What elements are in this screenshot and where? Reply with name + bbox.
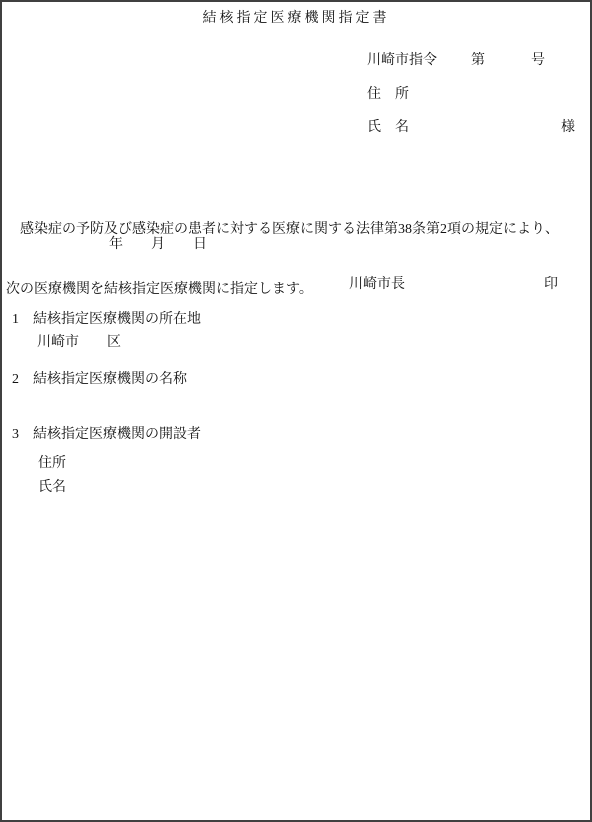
item-2-label: 結核指定医療機関の名称 [33, 372, 187, 388]
certificate-page: 結核指定医療機関指定書 川崎市指令 第 号 住 所 氏 名 様 感染症の予防及び… [0, 0, 592, 822]
item-3-number: 3 [12, 427, 19, 443]
document-title: 結核指定医療機関指定書 [2, 11, 590, 27]
item-3-label: 結核指定医療機関の開設者 [33, 427, 201, 443]
item-3-name-label: 氏名 [38, 480, 66, 496]
recipient-name-label: 氏 名 [367, 120, 409, 136]
item-3-address-label: 住所 [38, 456, 66, 472]
directive-number-go: 号 [531, 53, 545, 69]
item-1-number: 1 [12, 312, 19, 328]
directive-number-prefix: 川崎市指令 [367, 53, 437, 69]
seal-placeholder: 印 [544, 277, 558, 293]
body-line-1: 感染症の予防及び感染症の患者に対する医療に関する法律第38条第2項の規定により、 [6, 220, 586, 240]
recipient-address-label: 住 所 [367, 87, 409, 103]
date-line: 年 月 日 [109, 237, 207, 253]
signer-title: 川崎市長 [349, 277, 405, 293]
item-2-number: 2 [12, 372, 19, 388]
item-1-label: 結核指定医療機関の所在地 [33, 312, 201, 328]
recipient-honorific: 様 [561, 120, 575, 136]
body-line-2: 次の医療機関を結核指定医療機関に指定します。 [6, 280, 586, 300]
item-1-detail: 川崎市 区 [37, 335, 121, 351]
directive-number-dai: 第 [471, 53, 485, 69]
